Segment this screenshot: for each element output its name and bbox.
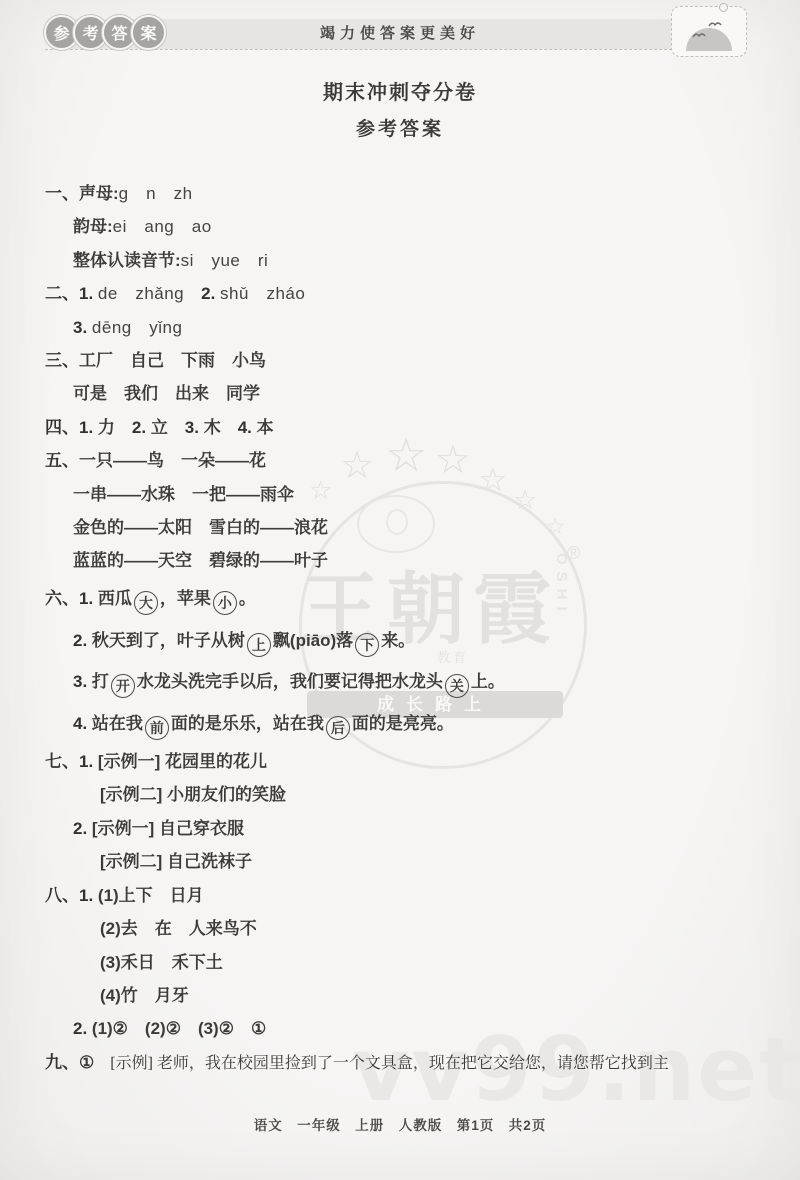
answer-text: ，苹果 <box>160 589 211 608</box>
pinyin-text: g n zh <box>119 184 193 203</box>
answer-label: 3. <box>73 318 92 337</box>
answer-text: 秋天到了，叶子从树 <box>92 631 245 650</box>
bird-icon <box>692 31 706 39</box>
circled-char: 前 <box>145 716 169 740</box>
answer-text: (1)上下 日月 <box>98 886 204 905</box>
answer-line: 3. dēng yǐng <box>45 311 787 344</box>
answer-line: 一、声母:g n zh <box>45 177 787 210</box>
answer-label: 3. <box>168 418 204 437</box>
answer-text: 本 <box>257 418 274 437</box>
answer-line: 整体认读音节:si yue ri <box>45 244 787 277</box>
answer-line: 九、① [示例] 老师，我在校园里捡到了一个文具盒，现在把它交给您，请您帮它找到… <box>45 1046 787 1080</box>
answer-text: 站在我 <box>92 714 143 733</box>
answer-text: 一串——水珠 一把——雨伞 <box>73 485 294 504</box>
answer-text: [示例二] 自己洗袜子 <box>100 852 252 871</box>
answer-line: [示例二] 自己洗袜子 <box>45 845 787 878</box>
answer-line: (2)去 在 人来鸟不 <box>45 912 787 945</box>
answer-text: 面的是亮亮。 <box>352 714 454 733</box>
badge-circle: 案 <box>131 15 166 50</box>
page-header: 竭力使答案更美好 参考答案 <box>0 0 800 60</box>
answer-text: 来。 <box>381 631 415 650</box>
answer-text: 力 <box>98 418 115 437</box>
page: 竭力使答案更美好 参考答案 期末冲刺夺分卷 参考答案 ☆☆☆☆☆☆☆ 王朝霞 ®… <box>0 0 800 1180</box>
answer-line: 2. (1)② (2)② (3)② ① <box>45 1012 787 1045</box>
answer-label: 3. <box>73 672 92 691</box>
answer-label: 2. <box>115 418 151 437</box>
pinyin-text: dēng yǐng <box>92 318 183 337</box>
answer-text: 飘(piāo)落 <box>273 631 353 650</box>
answer-label: 2. <box>73 631 92 650</box>
answer-text: 打 <box>92 672 109 691</box>
pinyin-text: de zhǎng <box>98 284 184 303</box>
answer-label: 2. <box>73 819 92 838</box>
answer-line: 3. 打开水龙头洗完手以后，我们要记得把水龙头关上。 <box>45 661 787 703</box>
answer-text: (1)② (2)② (3)② ① <box>92 1019 266 1038</box>
answer-text: (2)去 在 人来鸟不 <box>100 919 257 938</box>
circled-char: 后 <box>326 716 350 740</box>
answer-text: 整体认读音节: <box>73 251 181 270</box>
answer-text: 。 <box>239 589 256 608</box>
circled-char: 大 <box>134 591 158 615</box>
answer-text: 工厂 自己 下雨 小鸟 <box>79 351 266 370</box>
answer-line: 韵母:ei ang ao <box>45 210 787 243</box>
answer-line: 四、1. 力 2. 立 3. 木 4. 本 <box>45 411 787 444</box>
circled-char: 开 <box>111 674 135 698</box>
answer-label: 4. <box>73 714 92 733</box>
circled-char: 关 <box>445 674 469 698</box>
answer-text: 水龙头洗完手以后，我们要记得把水龙头 <box>137 672 443 691</box>
answer-label: 五、 <box>45 451 79 470</box>
answer-line: 4. 站在我前面的是乐乐，站在我后面的是亮亮。 <box>45 703 787 745</box>
answer-line: (3)禾日 禾下土 <box>45 946 787 979</box>
answer-label: 二、1. <box>45 284 98 303</box>
answer-label: 4. <box>221 418 257 437</box>
answer-line: 金色的——太阳 雪白的——浪花 <box>45 511 787 544</box>
answer-line: 七、1. [示例一] 花园里的花儿 <box>45 745 787 778</box>
answer-label: 六、1. <box>45 589 98 608</box>
circled-char: 下 <box>355 633 379 657</box>
answer-text: 上。 <box>471 672 505 691</box>
answer-label: 九、 <box>45 1053 79 1072</box>
answer-text: 金色的——太阳 雪白的——浪花 <box>73 518 328 537</box>
dot-icon <box>719 3 728 12</box>
answer-text: 木 <box>204 418 221 437</box>
circled-char: 上 <box>247 633 271 657</box>
script-text: [示例] 老师，我在校园里捡到了一个文具盒，现在把它交给您，请您帮它找到主 <box>94 1055 669 1072</box>
answer-line: [示例二] 小朋友们的笑脸 <box>45 778 787 811</box>
answer-label: 2. <box>73 1019 92 1038</box>
answer-line: 二、1. de zhǎng 2. shǔ zháo <box>45 277 787 310</box>
answer-line: 可是 我们 出来 同学 <box>45 377 787 410</box>
answer-text: 一只——鸟 一朵——花 <box>79 451 266 470</box>
answer-label: 一、 <box>45 184 79 203</box>
answer-text: 蓝蓝的——天空 碧绿的——叶子 <box>73 551 328 570</box>
corner-decoration <box>671 6 747 57</box>
page-footer: 语文 一年级 上册 人教版 第1页 共2页 <box>0 1114 800 1134</box>
answers: 一、声母:g n zh韵母:ei ang ao整体认读音节:si yue ri二… <box>45 177 787 1080</box>
answer-text: (4)竹 月牙 <box>100 986 189 1005</box>
answer-text: [示例一] 花园里的花儿 <box>98 752 267 771</box>
pinyin-text: ei ang ao <box>113 217 212 236</box>
answer-text: [示例二] 小朋友们的笑脸 <box>100 785 286 804</box>
answer-line: 一串——水珠 一把——雨伞 <box>45 478 787 511</box>
answer-text: 立 <box>151 418 168 437</box>
circled-char: 小 <box>213 591 237 615</box>
answer-label: 2. <box>184 284 220 303</box>
answer-text: (3)禾日 禾下土 <box>100 953 223 972</box>
answer-key-badge: 参考答案 <box>44 15 160 50</box>
answer-line: 三、工厂 自己 下雨 小鸟 <box>45 344 787 377</box>
answer-line: 2. 秋天到了，叶子从树上飘(piāo)落下来。 <box>45 620 787 662</box>
answer-line: (4)竹 月牙 <box>45 979 787 1012</box>
pinyin-text: si yue ri <box>181 251 269 270</box>
answer-text: 可是 我们 出来 同学 <box>73 384 260 403</box>
answer-label: 七、1. <box>45 752 98 771</box>
answer-label: 三、 <box>45 351 79 370</box>
answer-line: 六、1. 西瓜大，苹果小。 <box>45 578 787 620</box>
answer-line: 八、1. (1)上下 日月 <box>45 879 787 912</box>
answer-key-subtitle: 参考答案 <box>0 114 800 141</box>
answer-line: 2. [示例一] 自己穿衣服 <box>45 812 787 845</box>
title-block: 期末冲刺夺分卷 参考答案 <box>0 76 800 141</box>
answer-text: 面的是乐乐，站在我 <box>171 714 324 733</box>
answer-label: 四、1. <box>45 418 98 437</box>
answer-text: 韵母: <box>73 217 113 236</box>
answer-line: 五、一只——鸟 一朵——花 <box>45 444 787 477</box>
exam-title: 期末冲刺夺分卷 <box>0 76 800 105</box>
answer-line: 蓝蓝的——天空 碧绿的——叶子 <box>45 544 787 577</box>
bird-icon <box>708 20 722 28</box>
answer-label: 八、1. <box>45 886 98 905</box>
pinyin-text: shǔ zháo <box>220 284 305 303</box>
answer-text: ① <box>79 1053 94 1072</box>
answer-text: [示例一] 自己穿衣服 <box>92 819 244 838</box>
answer-text: 西瓜 <box>98 589 132 608</box>
answer-text: 声母: <box>79 184 119 203</box>
